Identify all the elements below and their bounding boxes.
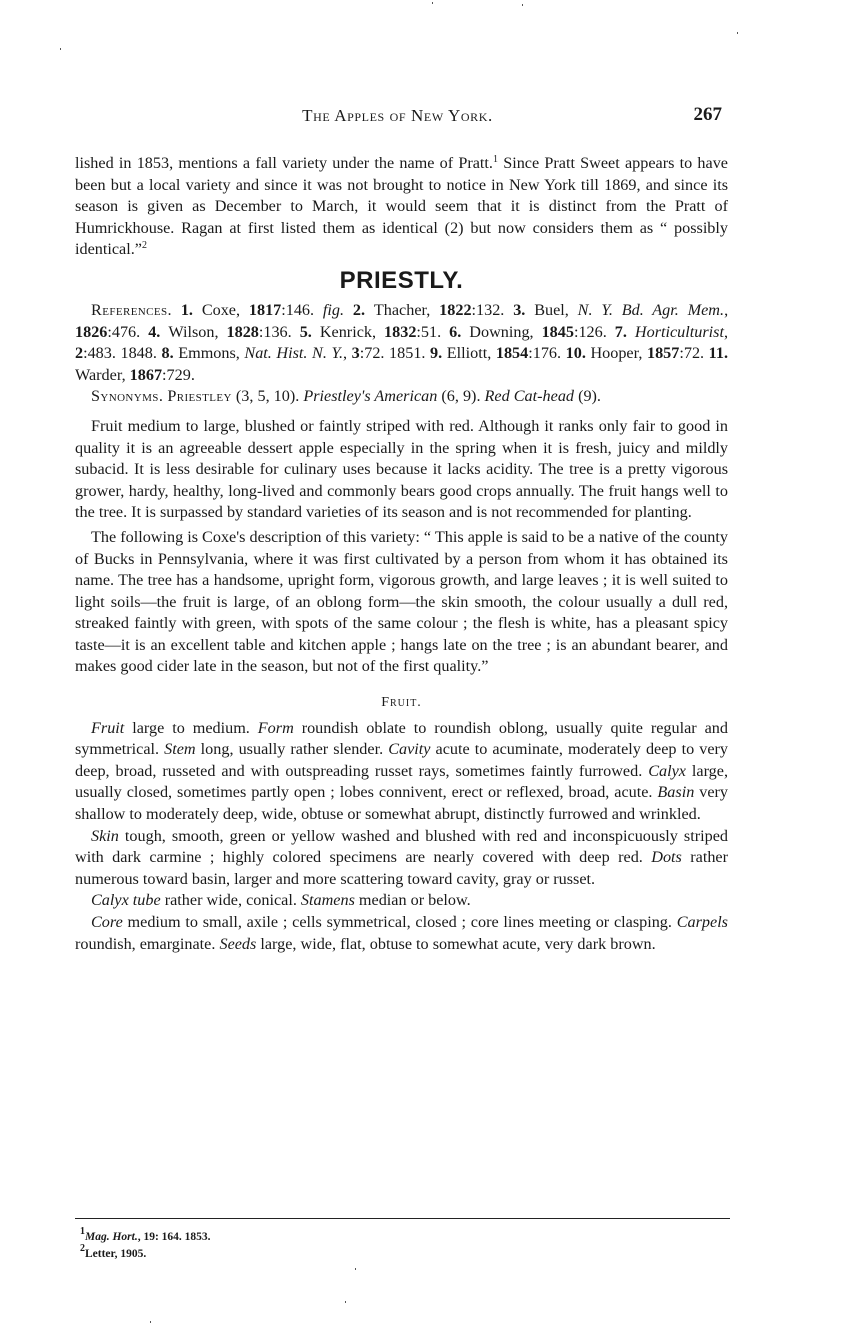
variety-title: PRIESTLY. bbox=[75, 267, 728, 295]
scan-speck bbox=[432, 2, 433, 4]
term-description: large to medium. bbox=[124, 719, 258, 737]
reference-item: 1. Coxe, 1817:146. fig. bbox=[181, 301, 344, 319]
footnote-text: Letter, 1905. bbox=[85, 1248, 146, 1260]
reference-item: 9. Elliott, 1854:176. bbox=[425, 344, 561, 362]
scan-speck bbox=[522, 4, 523, 6]
reference-author: Thacher, bbox=[374, 301, 439, 319]
synonym-3-refs: (9). bbox=[574, 387, 601, 405]
reference-year: 1867 bbox=[130, 366, 162, 384]
scan-speck bbox=[345, 1301, 346, 1303]
reference-number: 4. bbox=[148, 323, 168, 341]
synonyms-paragraph: Synonyms. Priestley (3, 5, 10). Priestle… bbox=[75, 386, 728, 408]
reference-sep: , bbox=[724, 301, 728, 319]
reference-number: 10. bbox=[566, 344, 591, 362]
reference-year: 1828 bbox=[227, 323, 259, 341]
reference-pages: :176. bbox=[528, 344, 561, 362]
fruit-subheading: Fruit. bbox=[75, 692, 728, 714]
running-header: The Apples of New York. 267 bbox=[75, 104, 720, 130]
reference-year: 1857 bbox=[647, 344, 679, 362]
reference-number: 9. bbox=[430, 344, 447, 362]
reference-pages: :476. bbox=[107, 323, 140, 341]
spacer bbox=[292, 323, 300, 341]
reference-title: N. Y. Bd. Agr. Mem. bbox=[578, 301, 724, 319]
reference-item: 6. Downing, 1845:126. bbox=[441, 323, 607, 341]
footnote-source: Mag. Hort. bbox=[85, 1231, 138, 1243]
term-label: Core bbox=[91, 913, 123, 931]
term-description: long, usually rather slender. bbox=[196, 740, 389, 758]
fruit-paragraph-4: Core medium to small, axile ; cells symm… bbox=[75, 912, 728, 955]
reference-author: Emmons, bbox=[178, 344, 244, 362]
reference-author: Coxe, bbox=[202, 301, 249, 319]
page-body: lished in 1853, mentions a fall variety … bbox=[75, 153, 728, 955]
term-description: roundish, emarginate. bbox=[75, 935, 219, 953]
term-label: Cavity bbox=[388, 740, 430, 758]
reference-number: 3. bbox=[513, 301, 534, 319]
synonyms-label: Synonyms. bbox=[91, 387, 163, 405]
reference-note: fig. bbox=[323, 301, 344, 319]
continuation-paragraph: lished in 1853, mentions a fall variety … bbox=[75, 153, 728, 261]
synonym-2-refs: (6, 9). bbox=[437, 387, 484, 405]
scan-speck bbox=[60, 48, 61, 50]
reference-number: 2. bbox=[353, 301, 374, 319]
reference-item: 10. Hooper, 1857:72. bbox=[561, 344, 704, 362]
reference-author: Kenrick, bbox=[320, 323, 384, 341]
coxe-description-paragraph: The following is Coxe's description of t… bbox=[75, 527, 728, 678]
reference-sep: , bbox=[343, 344, 352, 362]
synonym-1-refs: (3, 5, 10). bbox=[232, 387, 303, 405]
term-label: Calyx tube bbox=[91, 891, 161, 909]
footnote-divider bbox=[75, 1218, 730, 1219]
reference-sep: , bbox=[724, 323, 728, 341]
reference-author: Buel, bbox=[534, 301, 577, 319]
term-label: Stamens bbox=[301, 891, 355, 909]
reference-author: Elliott, bbox=[447, 344, 496, 362]
term-label: Basin bbox=[657, 783, 694, 801]
term-label: Stem bbox=[164, 740, 195, 758]
reference-author: Downing, bbox=[469, 323, 541, 341]
term-label: Carpels bbox=[677, 913, 728, 931]
reference-year: 2 bbox=[75, 344, 83, 362]
term-label: Form bbox=[258, 719, 294, 737]
footnote-ref-2[interactable]: 2 bbox=[142, 240, 147, 251]
term-description: large, wide, flat, obtuse to somewhat ac… bbox=[256, 935, 655, 953]
reference-pages: :126. bbox=[574, 323, 607, 341]
reference-number: 8. bbox=[162, 344, 179, 362]
term-description: medium to small, axile ; cells symmetric… bbox=[123, 913, 677, 931]
reference-pages: :136. bbox=[259, 323, 292, 341]
reference-item: 4. Wilson, 1828:136. bbox=[140, 323, 292, 341]
reference-pages: :72. bbox=[679, 344, 704, 362]
reference-year: 1822 bbox=[439, 301, 471, 319]
term-label: Dots bbox=[651, 848, 682, 866]
reference-pages: :729. bbox=[162, 366, 195, 384]
reference-item: 5. Kenrick, 1832:51. bbox=[292, 323, 441, 341]
reference-pages: :146. bbox=[281, 301, 323, 319]
term-description: median or below. bbox=[355, 891, 471, 909]
reference-number: 5. bbox=[300, 323, 320, 341]
term-description: tough, smooth, green or yellow washed an… bbox=[75, 827, 728, 867]
reference-author: Hooper, bbox=[590, 344, 647, 362]
reference-item: 8. Emmons, Nat. Hist. N. Y., 3:72. 1851. bbox=[157, 344, 426, 362]
reference-pages: :483. 1848. bbox=[83, 344, 157, 362]
reference-number: 7. bbox=[615, 323, 635, 341]
reference-year: 1854 bbox=[496, 344, 528, 362]
reference-year: 1817 bbox=[249, 301, 281, 319]
reference-item: 2. Thacher, 1822:132. bbox=[344, 301, 504, 319]
term-description: rather wide, conical. bbox=[161, 891, 301, 909]
running-title: The Apples of New York. bbox=[75, 106, 720, 126]
page-number: 267 bbox=[694, 104, 723, 126]
footnote-volume: 19 bbox=[143, 1231, 155, 1243]
footnote-2: 2Letter, 1905. bbox=[80, 1246, 211, 1263]
term-label: Calyx bbox=[648, 762, 686, 780]
spacer bbox=[344, 301, 353, 319]
reference-year: 1832 bbox=[384, 323, 416, 341]
fruit-paragraph-3: Calyx tube rather wide, conical. Stamens… bbox=[75, 890, 728, 912]
reference-year: 1826 bbox=[75, 323, 107, 341]
spacer bbox=[504, 301, 513, 319]
synonym-2: Priestley's American bbox=[303, 387, 437, 405]
scan-speck bbox=[355, 1268, 356, 1270]
reference-author: Warder, bbox=[75, 366, 130, 384]
scan-speck bbox=[737, 32, 738, 34]
reference-title: Horticulturist bbox=[635, 323, 724, 341]
spacer bbox=[140, 323, 148, 341]
reference-pages: :132. bbox=[472, 301, 505, 319]
reference-title: Nat. Hist. N. Y. bbox=[244, 344, 343, 362]
reference-year: 3 bbox=[352, 344, 360, 362]
document-page: The Apples of New York. 267 lished in 18… bbox=[0, 0, 850, 1323]
term-label: Skin bbox=[91, 827, 119, 845]
synonym-3: Red Cat-head bbox=[485, 387, 574, 405]
continuation-text: lished in 1853, mentions a fall variety … bbox=[75, 154, 493, 172]
term-label: Seeds bbox=[219, 935, 256, 953]
footnotes: 1Mag. Hort., 19: 164. 1853. 2Letter, 190… bbox=[80, 1229, 211, 1263]
reference-number: 11. bbox=[709, 344, 728, 362]
term-label: Fruit bbox=[91, 719, 124, 737]
fruit-paragraph-2: Skin tough, smooth, green or yellow wash… bbox=[75, 826, 728, 891]
reference-number: 6. bbox=[449, 323, 469, 341]
reference-year: 1845 bbox=[542, 323, 574, 341]
footnote-pages: : 164. 1853. bbox=[155, 1231, 211, 1243]
spacer bbox=[607, 323, 615, 341]
reference-pages: :51. bbox=[416, 323, 441, 341]
synonym-1: Priestley bbox=[167, 387, 232, 405]
reference-number: 1. bbox=[181, 301, 202, 319]
spacer bbox=[441, 323, 449, 341]
reference-pages: :72. 1851. bbox=[360, 344, 426, 362]
fruit-paragraph-1: Fruit large to medium. Form roundish obl… bbox=[75, 718, 728, 826]
references-paragraph: References. 1. Coxe, 1817:146. fig. 2. T… bbox=[75, 300, 728, 386]
reference-author: Wilson, bbox=[168, 323, 226, 341]
references-label: References. bbox=[91, 301, 172, 319]
summary-paragraph: Fruit medium to large, blushed or faintl… bbox=[75, 416, 728, 524]
footnote-1: 1Mag. Hort., 19: 164. 1853. bbox=[80, 1229, 211, 1246]
